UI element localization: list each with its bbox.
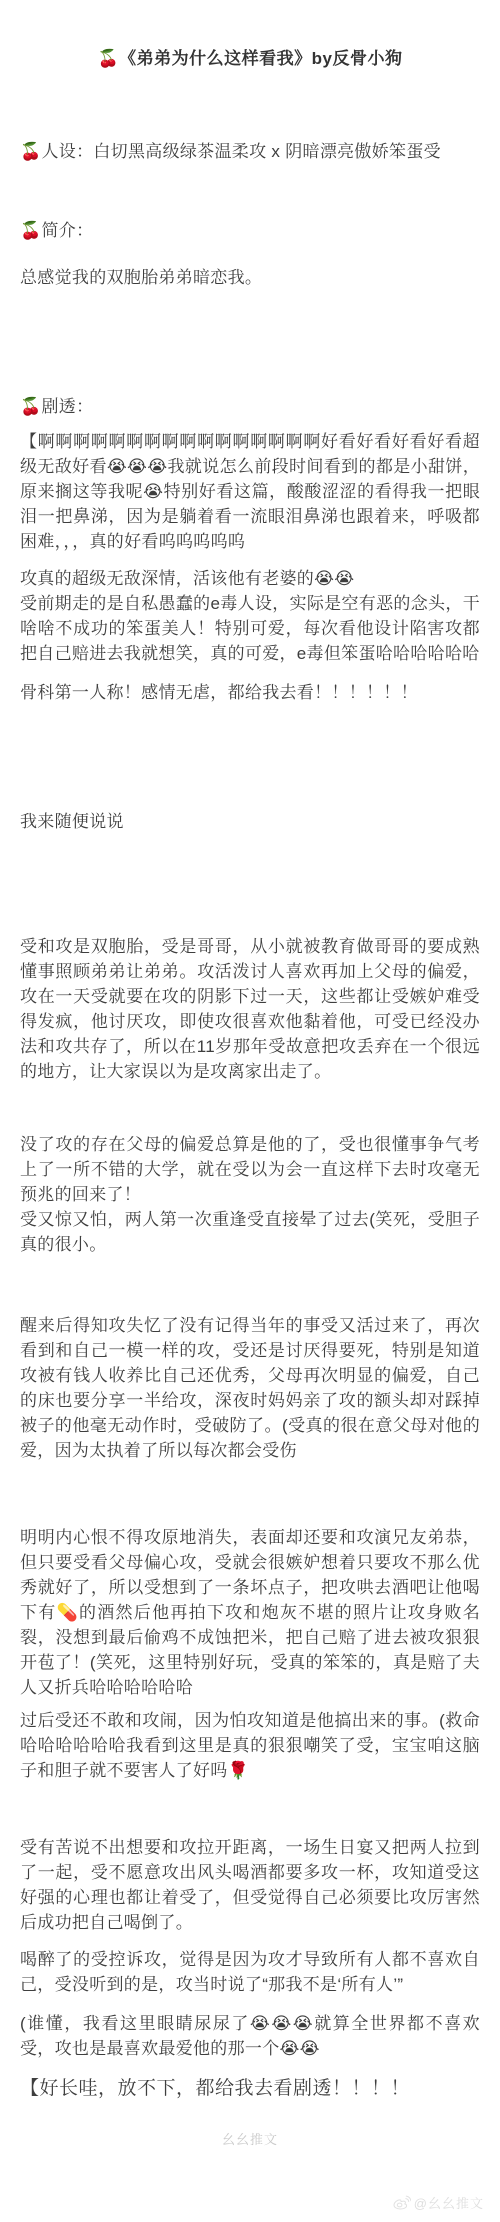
story-paragraph: 醒来后得知攻失忆了没有记得当年的事受又活过来了，再次看到和自己一模一样的攻，受还…: [20, 1313, 480, 1463]
story-paragraph: 受有苦说不出想要和攻拉开距离，一场生日宴又把两人拉到了一起，受不愿意攻出风头喝酒…: [20, 1835, 480, 1935]
cherry-icon: 🍒: [20, 397, 41, 416]
intro-section-label: 🍒简介：: [20, 218, 480, 243]
spoiler-section-label: 🍒剧透：: [20, 394, 480, 419]
pairing-label: 人设：: [41, 142, 93, 161]
weibo-logo-icon: [393, 2195, 411, 2211]
post-title-text: 《弟弟为什么这样看我》by反骨小狗: [119, 49, 402, 68]
post-page: 🍒《弟弟为什么这样看我》by反骨小狗 🍒人设：白切黑高级绿茶温柔攻 x 阴暗漂亮…: [0, 0, 500, 2222]
intro-body: 总感觉我的双胞胎弟弟暗恋我。: [20, 265, 480, 290]
pairing-value: 白切黑高级绿茶温柔攻 x 阴暗漂亮傲娇笨蛋受: [93, 142, 441, 161]
story-paragraph: (谁懂，我看这里眼睛尿尿了😭😭😭就算全世界都不喜欢受，攻也是最喜欢最爱他的那一个…: [20, 2011, 480, 2061]
post-title: 🍒《弟弟为什么这样看我》by反骨小狗: [20, 46, 480, 71]
spoiler-label-text: 剧透：: [41, 397, 93, 416]
spoiler-reaction-paragraph: 【啊啊啊啊啊啊啊啊啊啊啊啊啊啊啊啊好看好看好看好看超级无敌好看😭😭😭我就说怎么前…: [20, 429, 480, 554]
pairing-line: 🍒人设：白切黑高级绿茶温柔攻 x 阴暗漂亮傲娇笨蛋受: [20, 139, 480, 164]
corner-watermark: @幺幺推文: [393, 2193, 484, 2212]
spoiler-reaction-paragraph: 攻真的超级无敌深情，活该他有老婆的😭😭 受前期走的是自私愚蠢的e毒人设，实际是空…: [20, 566, 480, 666]
center-watermark: 幺幺推文: [20, 2129, 480, 2148]
story-paragraph: 喝醉了的受控诉攻，觉得是因为攻才导致所有人都不喜欢自己，受没听到的是，攻当时说了…: [20, 1947, 480, 1997]
spoiler-verdict-line: 骨科第一人称！感情无虐，都给我去看！！！！！！: [20, 680, 480, 705]
closing-line: 【好长哇，放不下，都给我去看剧透！！！！: [20, 2075, 480, 2103]
story-paragraph: 过后受还不敢和攻闹，因为怕攻知道是他搞出来的事。(救命哈哈哈哈哈哈我看到这里是真…: [20, 1708, 480, 1783]
story-paragraph: 受和攻是双胞胎，受是哥哥，从小就被教育做哥哥的要成熟懂事照顾弟弟让弟弟。攻活泼讨…: [20, 934, 480, 1084]
story-paragraph: 没了攻的存在父母的偏爱总算是他的了，受也很懂事争气考上了一所不错的大学，就在受以…: [20, 1132, 480, 1257]
story-paragraph: 明明内心恨不得攻原地消失，表面却还要和攻演兄友弟恭，但只要受看父母偏心攻，受就会…: [20, 1525, 480, 1700]
cherry-icon: 🍒: [20, 221, 41, 240]
intro-label-text: 简介：: [41, 221, 93, 240]
cherry-icon: 🍒: [20, 142, 41, 161]
corner-watermark-text: @幺幺推文: [414, 2193, 484, 2212]
aside-note: 我来随便说说: [20, 809, 480, 834]
cherry-icon: 🍒: [97, 49, 119, 68]
